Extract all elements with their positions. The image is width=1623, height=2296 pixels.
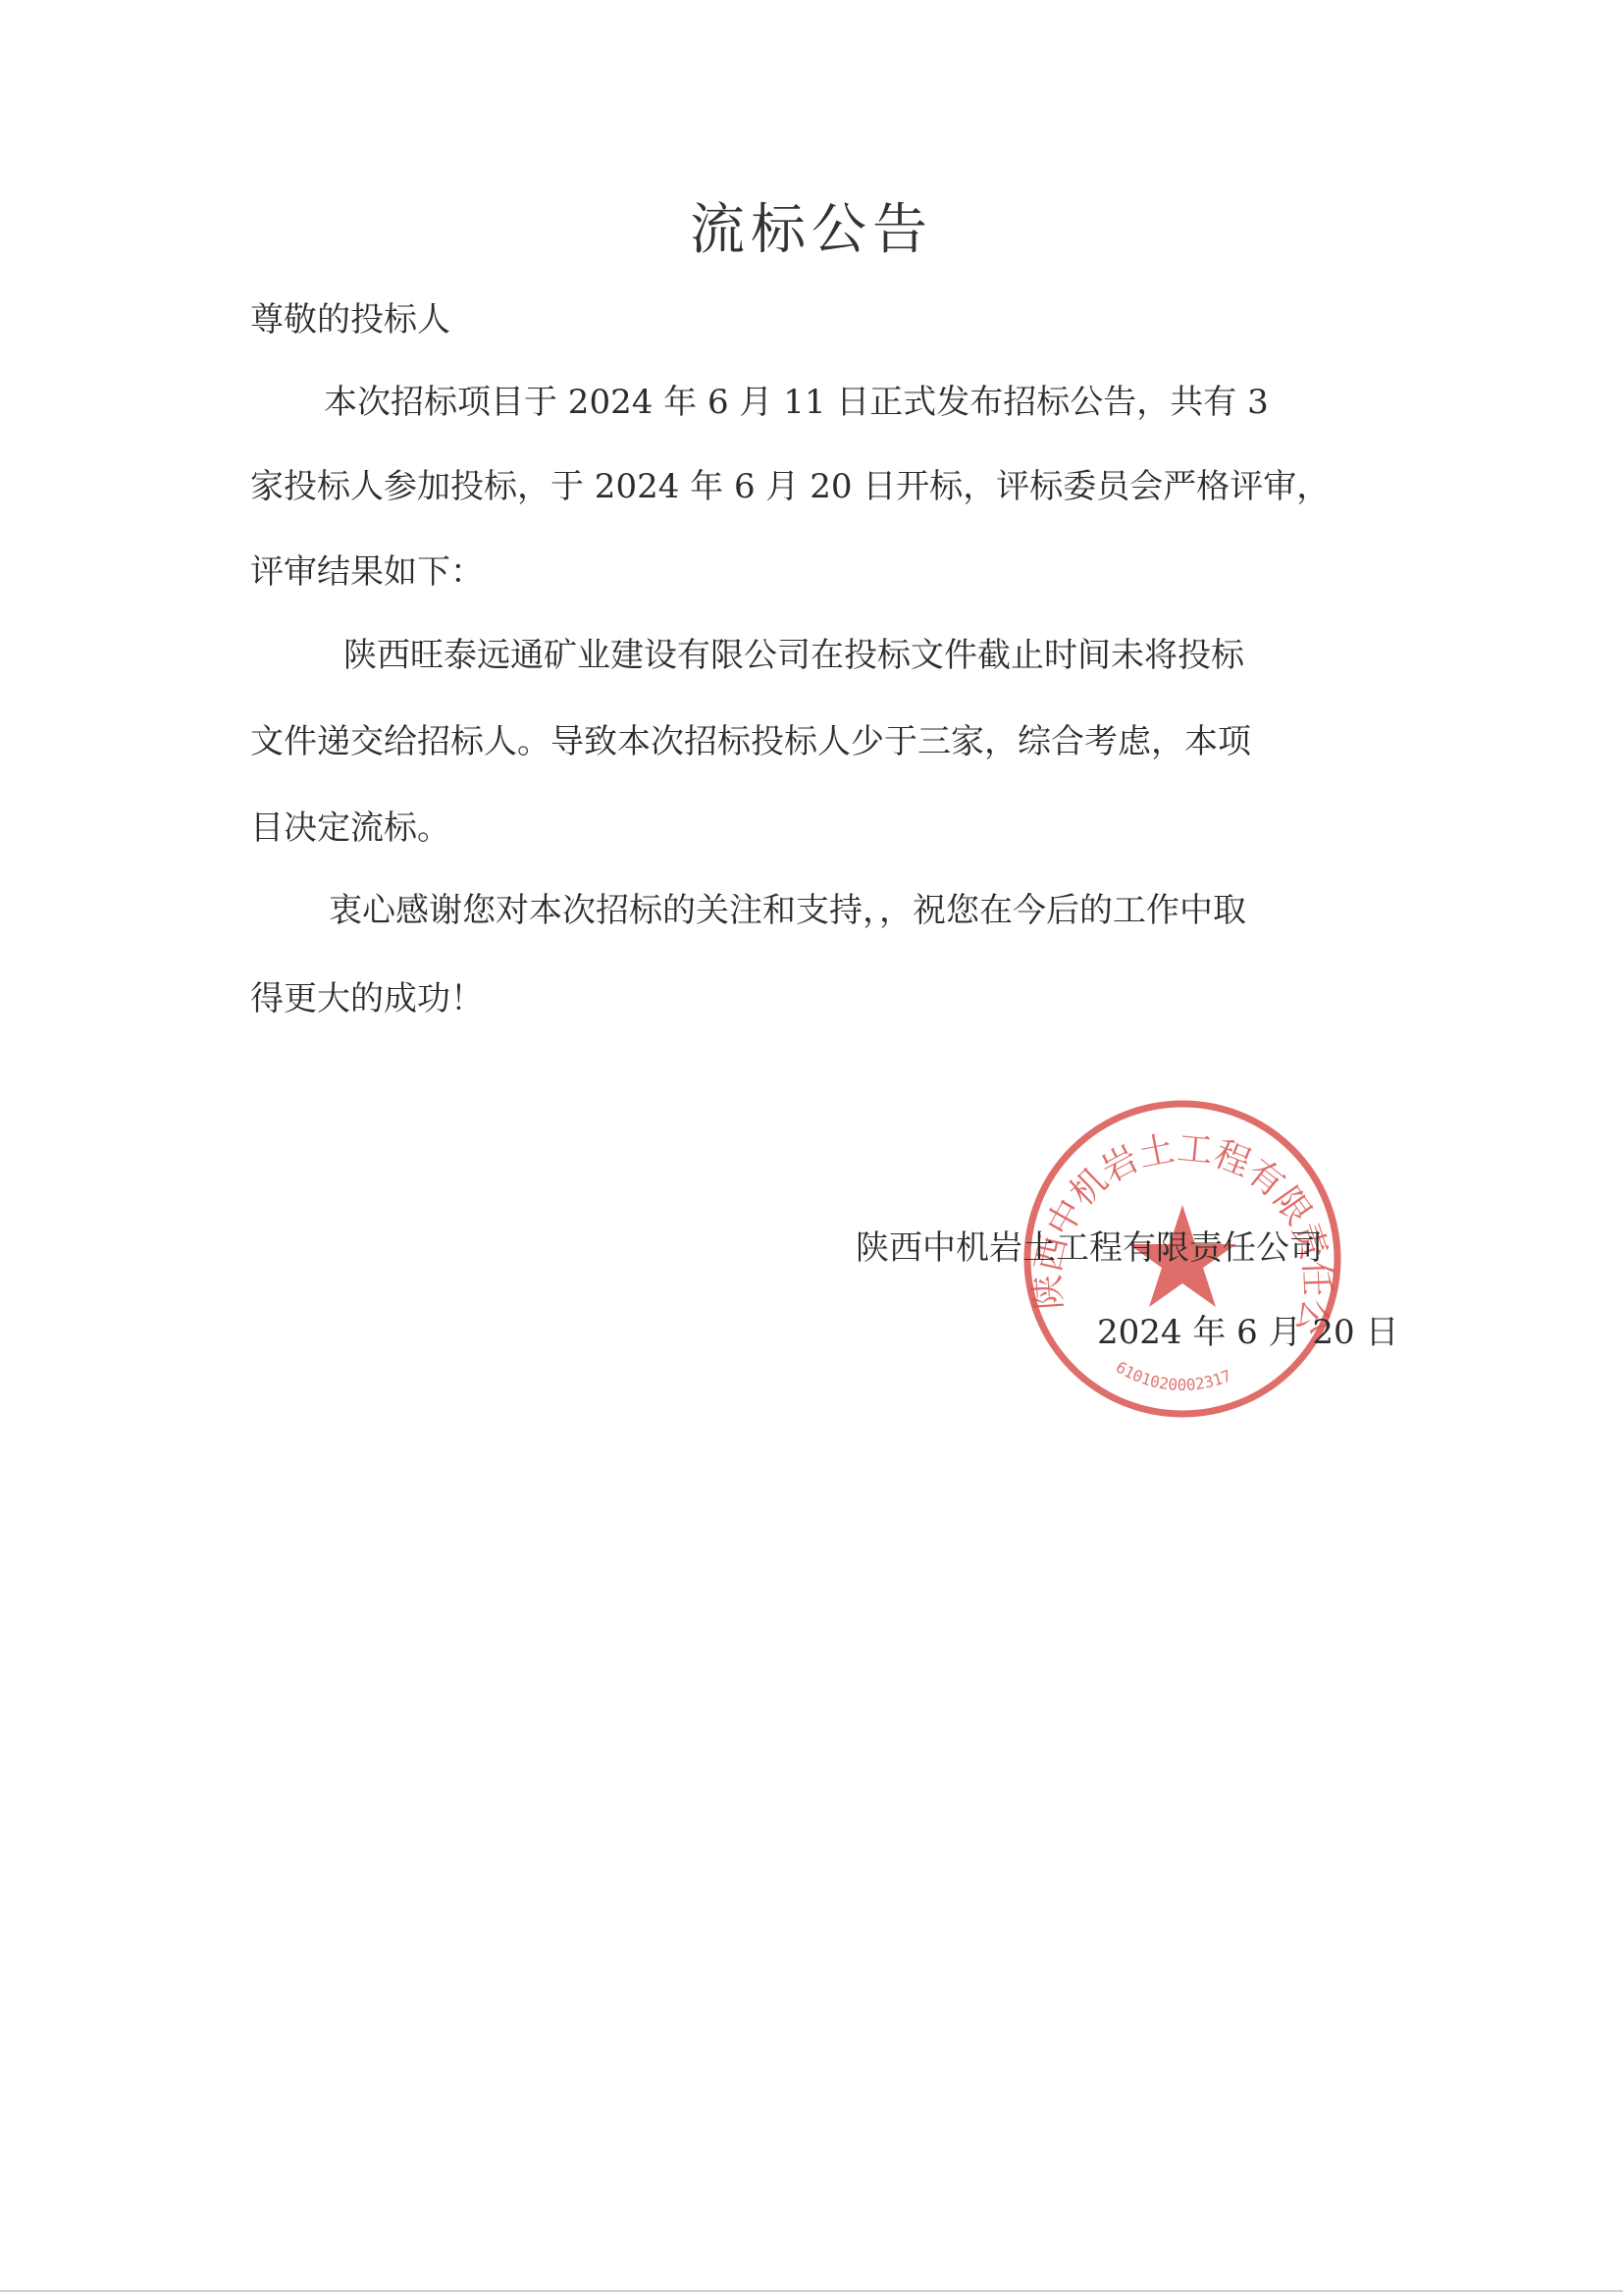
salutation: 尊敬的投标人 [250, 292, 450, 340]
paragraph-2-line-2: 文件递交给招标人。导致本次招标投标人少于三家，综合考虑，本项 [250, 714, 1251, 762]
paragraph-1-line-3: 评审结果如下： [250, 545, 484, 593]
signature-date: 2024 年 6 月 20 日 [1097, 1305, 1398, 1353]
signature-company: 陕西中机岩土工程有限责任公司 [856, 1221, 1323, 1269]
paragraph-2-line-3: 目决定流标。 [250, 801, 450, 849]
scan-edge-bottom [0, 2290, 1623, 2292]
paragraph-3-line-1: 衷心感谢您对本次招标的关注和支持，，祝您在今后的工作中取 [329, 883, 1246, 931]
svg-text:6101020002317: 6101020002317 [1113, 1358, 1234, 1394]
paragraph-1-line-2: 家投标人参加投标，于 2024 年 6 月 20 日开标，评标委员会严格评审， [250, 459, 1330, 507]
paragraph-1-line-1: 本次招标项目于 2024 年 6 月 11 日正式发布招标公告，共有 3 [324, 375, 1269, 423]
paragraph-3-line-2: 得更大的成功！ [250, 971, 484, 1019]
page-title: 流标公告 [0, 186, 1623, 265]
paragraph-2-line-1: 陕西旺泰远通矿业建设有限公司在投标文件截止时间未将投标 [343, 628, 1244, 676]
